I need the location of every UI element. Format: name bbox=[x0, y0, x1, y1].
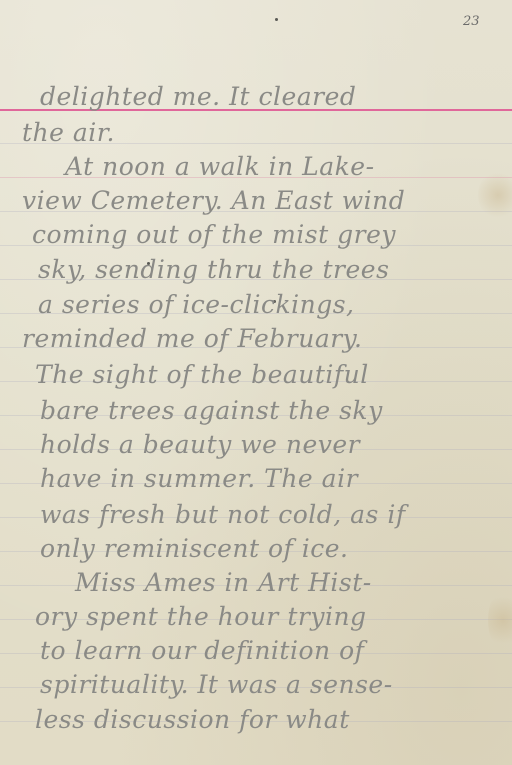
text-line: view Cemetery. An East wind bbox=[22, 186, 405, 215]
text-line: sky, sending thru the trees bbox=[38, 255, 389, 284]
text-line: bare trees against the sky bbox=[40, 396, 383, 425]
text-line: to learn our definition of bbox=[40, 636, 364, 665]
paper-speck bbox=[275, 18, 278, 21]
text-line: spirituality. It was a sense- bbox=[40, 670, 393, 699]
text-line: coming out of the mist grey bbox=[32, 220, 396, 249]
text-line: was fresh but not cold, as if bbox=[40, 500, 406, 529]
text-line: The sight of the beautiful bbox=[35, 360, 369, 389]
text-line: Miss Ames in Art Hist- bbox=[75, 568, 372, 597]
text-line: delighted me. It cleared bbox=[40, 82, 356, 111]
text-line: have in summer. The air bbox=[40, 464, 358, 493]
text-line: ory spent the hour trying bbox=[35, 602, 367, 631]
text-line: only reminiscent of ice. bbox=[40, 534, 348, 563]
text-line: At noon a walk in Lake- bbox=[65, 152, 375, 181]
text-line: reminded me of February. bbox=[22, 324, 362, 353]
text-line: less discussion for what bbox=[35, 705, 350, 734]
journal-page: 23 delighted me. It cleared the air. At … bbox=[0, 0, 512, 765]
text-line: a series of ice-clickings, bbox=[38, 290, 355, 319]
paper-stain bbox=[488, 590, 512, 650]
paper-stain bbox=[478, 170, 512, 220]
text-line: the air. bbox=[22, 118, 115, 147]
page-number: 23 bbox=[463, 14, 480, 29]
text-line: holds a beauty we never bbox=[40, 430, 360, 459]
